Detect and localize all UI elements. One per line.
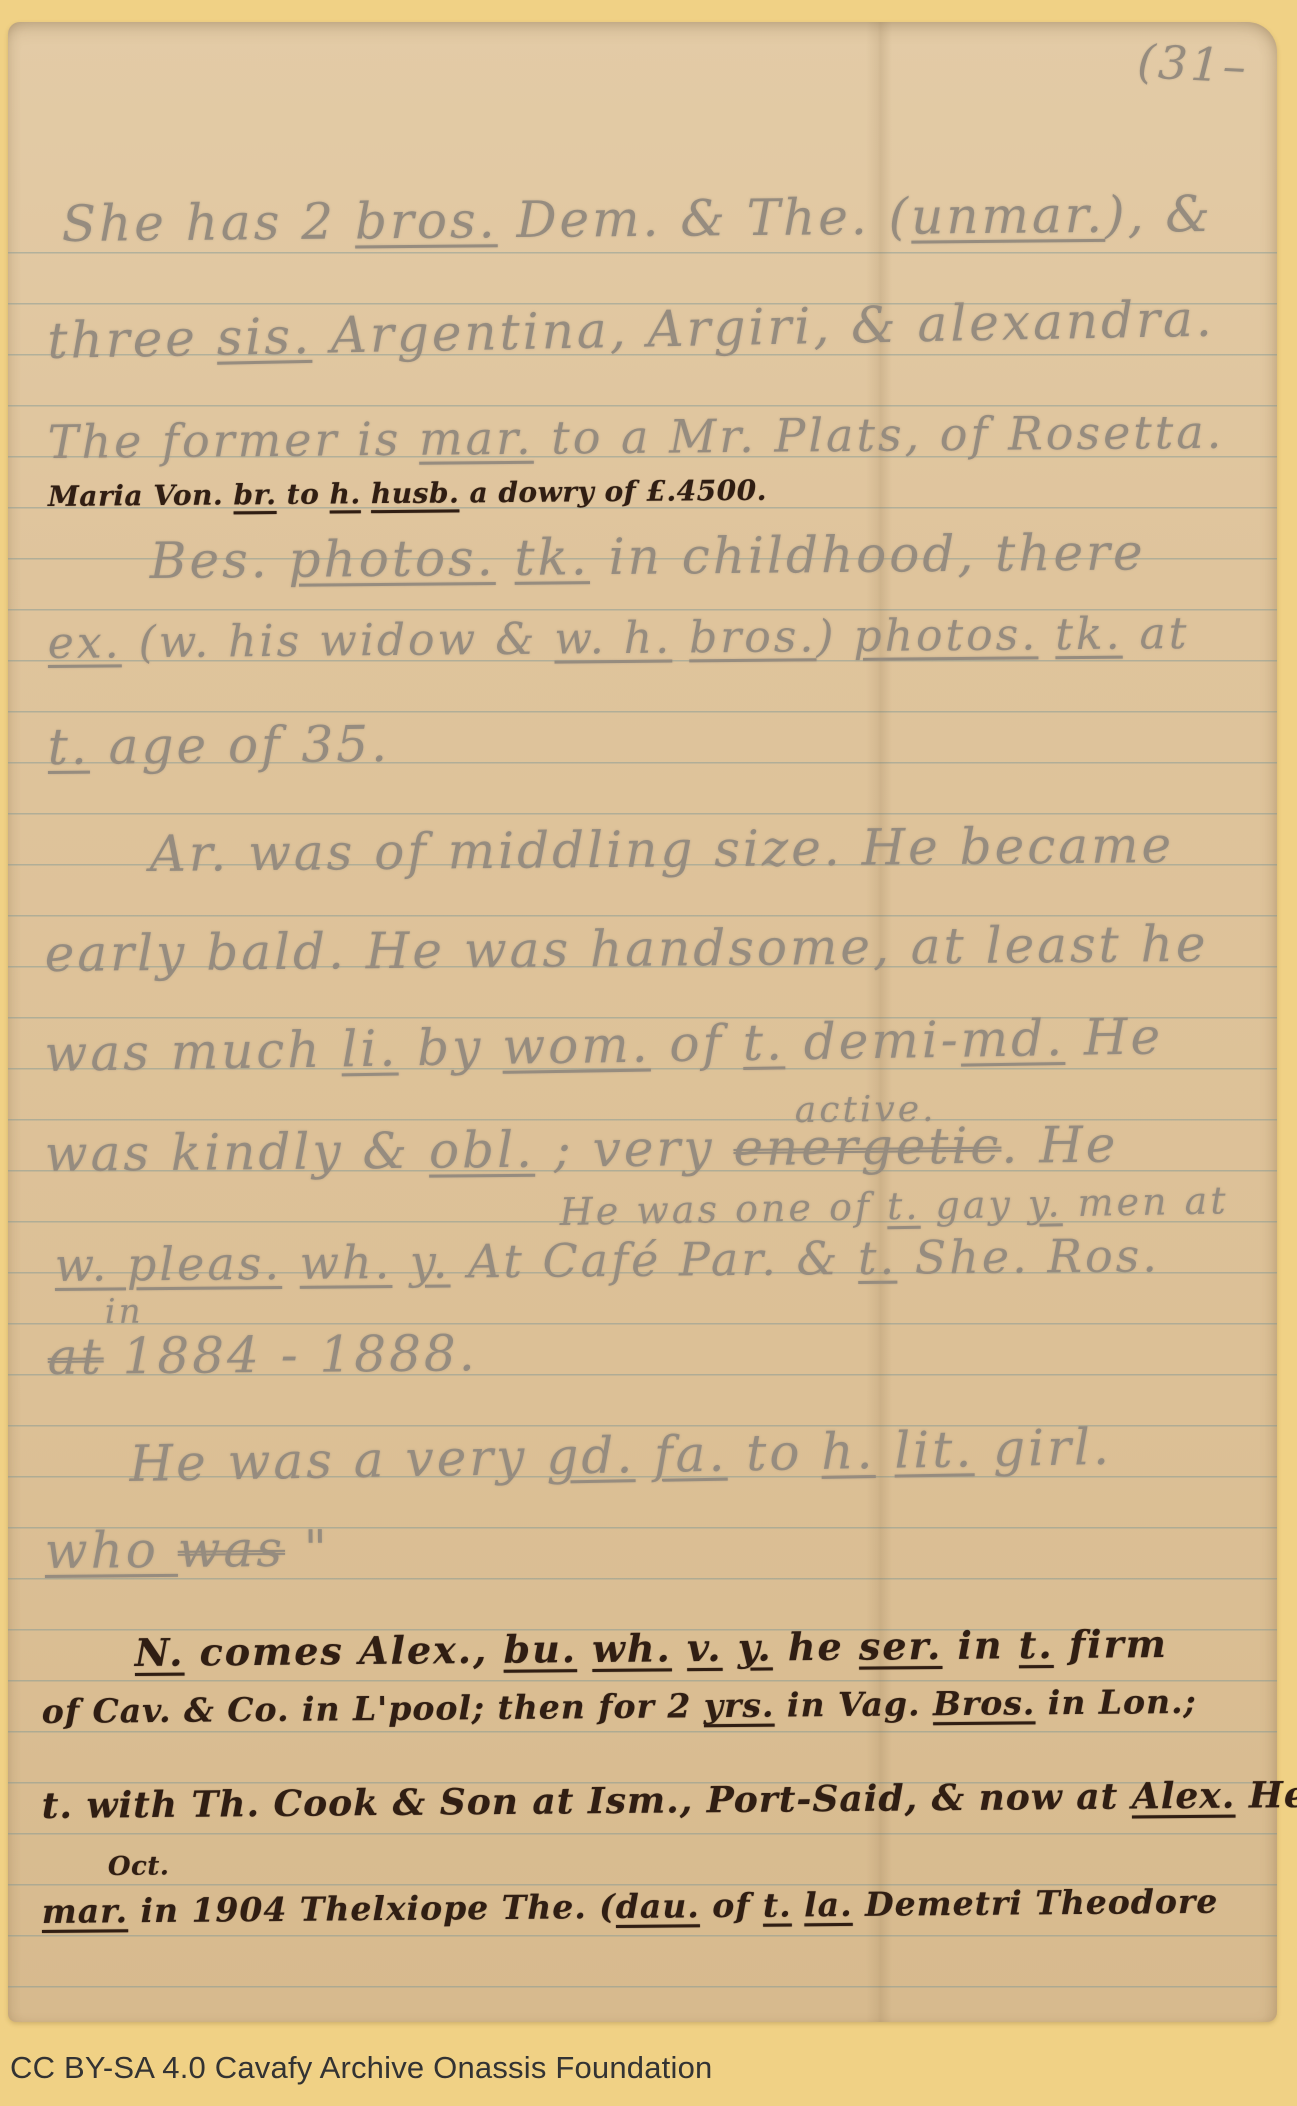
manuscript-line: Maria Von. br. to h. husb. a dowry of £.… [48, 474, 767, 513]
text-segment: of [650, 1014, 743, 1073]
text-segment: w. pleas. [55, 1236, 283, 1292]
text-segment: to a Mr. Plats, of Rosetta. [533, 405, 1224, 465]
manuscript-line: at 1884 - 1888. [47, 1324, 477, 1386]
text-segment: br. [233, 478, 276, 511]
text-segment: mar. [419, 411, 534, 466]
text-segment: y. [738, 1624, 773, 1669]
text-segment: by [398, 1018, 503, 1078]
text-segment: obl. [429, 1121, 536, 1180]
text-segment: husb. [371, 476, 460, 510]
manuscript-line: t. with Th. Cook & Son at Ism., Port-Sai… [42, 1774, 1297, 1827]
text-segment: dau. [616, 1886, 700, 1926]
text-segment: ser. [859, 1623, 943, 1669]
manuscript-line: in [105, 1292, 144, 1332]
text-segment: The former is [48, 412, 420, 469]
text-segment: firm [1053, 1621, 1168, 1667]
manuscript-line: He was a very gd. fa. to h. lit. girl. [129, 1418, 1112, 1493]
text-segment: mar. [42, 1891, 128, 1931]
text-segment: (w. his widow & [121, 614, 554, 669]
text-segment: fa. [654, 1425, 728, 1484]
text-segment: of Cav. & Co. in L'pool; then for 2 [42, 1686, 704, 1731]
text-segment: She. Ros. [897, 1228, 1160, 1284]
text-segment: energetic [733, 1117, 1001, 1177]
text-segment: t. [887, 1184, 921, 1229]
text-segment [722, 1625, 738, 1670]
text-segment: at [47, 1328, 103, 1386]
text-segment [282, 1236, 300, 1290]
manuscript-line: Bes. photos. tk. in childhood, there [149, 523, 1145, 590]
text-segment: yrs. [704, 1686, 775, 1726]
text-segment [672, 1625, 688, 1670]
manuscript-line: Ar. was of middling size. He became [149, 816, 1174, 883]
text-segment: Ar. was of middling size. He became [149, 816, 1174, 883]
manuscript-line: three sis. Argentina, Argiri, & alexandr… [47, 290, 1215, 370]
manuscript-line: The former is mar. to a Mr. Plats, of Ro… [48, 405, 1225, 469]
text-segment: h. [329, 477, 360, 510]
text-segment: Demetri Theodore [852, 1882, 1218, 1924]
text-segment: girl. [974, 1418, 1113, 1478]
manuscript-line: Oct. [108, 1851, 170, 1882]
text-segment: men at [1062, 1178, 1229, 1225]
text-segment: N. [135, 1630, 185, 1675]
text-segment: y. [1028, 1181, 1063, 1226]
text-segment: early bald. He was handsome, at least he [44, 915, 1208, 983]
text-segment [361, 477, 372, 510]
manuscript-line: mar. in 1904 Thelxiope The. (dau. of t. … [42, 1882, 1219, 1931]
text-segment: of [700, 1886, 764, 1926]
text-segment: was [177, 1520, 285, 1579]
text-segment: tk. [1055, 609, 1123, 661]
text-segment: wh. [299, 1235, 392, 1290]
manuscript-line: He was one of t. gay y. men at [559, 1178, 1229, 1234]
text-segment: . He [1001, 1116, 1118, 1175]
text-segment: bros. [689, 611, 817, 663]
manuscript-line: who was " [44, 1520, 330, 1580]
text-segment: ex. [48, 617, 122, 669]
text-segment [577, 1626, 593, 1671]
text-segment: ; very [535, 1119, 734, 1179]
text-segment: Argentina, Argiri, & alexandra. [311, 290, 1215, 365]
text-segment: photos. [853, 609, 1038, 662]
text-segment: v. [687, 1625, 723, 1670]
text-segment: in [942, 1622, 1019, 1668]
manuscript-line: was kindly & obl. ; very energetic. He [44, 1116, 1118, 1183]
text-segment: lit. [894, 1420, 975, 1479]
text-segment: He was one of [559, 1184, 887, 1234]
manuscript-line: She has 2 bros. Dem. & The. (unmar.), & [61, 185, 1213, 253]
text-segment: ) [816, 611, 854, 662]
text-segment: demi- [784, 1011, 961, 1072]
text-segment: h. [821, 1422, 876, 1481]
text-segment: t. [858, 1231, 898, 1285]
text-segment: gd. [546, 1426, 636, 1486]
text-segment: tk. [514, 528, 590, 587]
manuscript-line: t. age of 35. [47, 715, 390, 776]
text-segment [792, 1885, 805, 1924]
text-segment: At Café Par. & [450, 1231, 858, 1289]
text-segment: in childhood, there [590, 523, 1146, 586]
text-segment: He [1065, 1007, 1164, 1067]
text-segment: Oct. [108, 1851, 170, 1882]
manuscript-line: w. pleas. wh. y. At Café Par. & t. She. … [55, 1228, 1161, 1292]
manuscript-line: early bald. He was handsome, at least he [44, 915, 1208, 983]
text-segment: t. [742, 1013, 785, 1072]
text-segment: wom. [502, 1015, 651, 1075]
text-segment: age of 35. [89, 715, 390, 776]
text-segment: w. h. [554, 613, 672, 665]
text-segment [495, 529, 514, 587]
page-number: (31– [1136, 34, 1250, 94]
text-segment: Maria Von. [48, 478, 234, 513]
text-segment: Alex. [1132, 1775, 1236, 1818]
text-segment: la. [804, 1885, 853, 1924]
text-segment: was kindly & [44, 1122, 429, 1183]
text-segment: md. [960, 1009, 1065, 1069]
text-segment: in Lon.; [1035, 1682, 1197, 1722]
text-segment: t. [763, 1885, 792, 1924]
text-segment: 1884 - 1888. [103, 1324, 477, 1385]
manuscript-line: ex. (w. his widow & w. h. bros.) photos.… [48, 608, 1190, 669]
text-segment: he [772, 1624, 859, 1670]
license-attribution: CC BY-SA 4.0 Cavafy Archive Onassis Foun… [10, 2050, 712, 2086]
text-segment: t. with Th. Cook & Son at Ism., Port-Sai… [42, 1775, 1132, 1827]
text-segment: to [276, 478, 329, 511]
text-segment: bros. [355, 191, 498, 250]
text-segment: three [47, 309, 217, 370]
text-segment [635, 1426, 655, 1484]
text-segment: photos. [288, 529, 496, 589]
text-segment: Bes. [149, 531, 288, 590]
text-segment: He was a very [129, 1428, 547, 1493]
text-segment: y. [410, 1235, 451, 1289]
text-segment: He [1235, 1774, 1297, 1817]
text-segment: unmar. [911, 186, 1105, 246]
text-segment: a dowry of £.4500. [459, 474, 767, 510]
manuscript-page: (31– She has 2 bros. Dem. & The. (unmar.… [8, 22, 1277, 2022]
text-segment: Dem. & The. ( [497, 188, 911, 250]
text-segment: li. [341, 1019, 399, 1078]
text-segment: t. [1019, 1622, 1054, 1667]
text-segment: sis. [216, 307, 312, 367]
manuscript-line: N. comes Alex., bu. wh. v. y. he ser. in… [135, 1621, 1168, 1675]
text-segment: to [727, 1423, 822, 1483]
text-segment: t. [47, 718, 90, 776]
text-segment: in [105, 1292, 144, 1332]
manuscript-line: was much li. by wom. of t. demi-md. He [44, 1007, 1163, 1083]
text-segment: in 1904 Thelxiope The. ( [128, 1887, 616, 1930]
text-segment: gay [920, 1182, 1028, 1228]
text-segment [672, 612, 689, 663]
text-segment [875, 1422, 895, 1480]
text-segment: was much [44, 1020, 342, 1083]
text-segment: " [285, 1520, 330, 1578]
text-segment: Bros. [933, 1683, 1036, 1723]
text-segment: wh. [592, 1625, 672, 1671]
text-segment [392, 1235, 410, 1289]
text-segment: bu. [503, 1626, 577, 1672]
text-segment: who [44, 1521, 178, 1580]
text-segment: ), & [1105, 185, 1213, 244]
text-segment [1038, 609, 1055, 660]
text-segment: She has 2 [61, 192, 355, 253]
text-segment: in Vag. [774, 1684, 933, 1724]
scan-background: (31– She has 2 bros. Dem. & The. (unmar.… [0, 0, 1297, 2106]
text-segment: comes Alex., [184, 1627, 504, 1675]
manuscript-line: of Cav. & Co. in L'pool; then for 2 yrs.… [42, 1682, 1197, 1731]
text-segment: at [1122, 608, 1189, 660]
